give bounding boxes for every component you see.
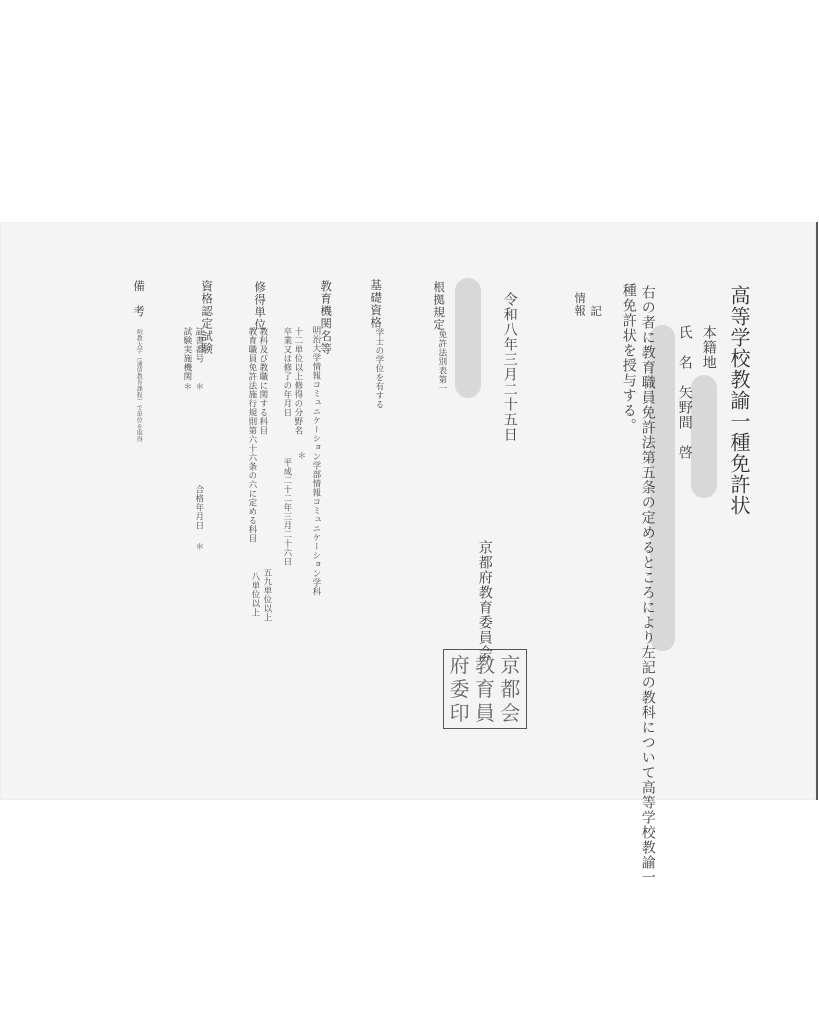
konkyo-value: 免許法別表第一: [437, 330, 446, 393]
biko-value: 明教大学（通信教育課程）で単位を取得: [135, 329, 141, 442]
shosho-label: 証書番号: [194, 327, 203, 363]
seal-char: 会: [498, 701, 523, 725]
kikan-label: 教育機関名等: [320, 280, 332, 355]
official-seal: 府 教 京 委 育 都 印 員 会: [443, 649, 527, 729]
konkyo-label: 根拠規定: [433, 281, 445, 331]
gokaku-label: 合格年月日: [194, 485, 203, 530]
body-line-1: 右の者に教育職員免許法第五条の定めるところにより左記の教科について高等学校教諭一: [640, 285, 655, 885]
name-value: 矢野間 啓: [677, 385, 692, 460]
certificate-title: 高等学校教諭一種免許状: [728, 285, 749, 516]
seal-char: 府: [447, 653, 472, 677]
grad-date: 平成二十二年三月二十六日: [282, 458, 291, 566]
shosho-value: ＊: [194, 382, 203, 391]
body-line-2: 種免許状を授与する。: [621, 283, 636, 433]
gokaku-value: ＊: [194, 542, 203, 551]
seal-char: 京: [498, 653, 523, 677]
kikan-value: 明治大学情報コミュニケーション学部情報コミュニケーション学科: [311, 326, 320, 596]
issuer-name: 京都府教育委員会: [477, 540, 492, 660]
honseki-label: 本籍地: [701, 325, 716, 370]
shutoku-value-1: 五九単位以上: [262, 568, 271, 622]
seal-char: 印: [447, 701, 472, 725]
kiso-value: 学士の学位を有する: [374, 328, 383, 409]
shutoku-value-2: 八単位以上: [250, 572, 259, 617]
seal-char: 委: [447, 677, 472, 701]
certificate-sheet: [0, 222, 818, 800]
seal-char: 都: [498, 677, 523, 701]
shutoku-label: 修得単位: [254, 281, 266, 331]
tani-note-1: 十二単位以上修得の分野名: [293, 327, 302, 435]
ki-label: 記: [590, 305, 602, 318]
seal-char: 教: [472, 653, 497, 677]
seal-char: 育: [472, 677, 497, 701]
kiso-label: 基礎資格: [370, 279, 382, 329]
shutoku-line-2: 教育職員免許法施行規則第六十六条の六に定める科目: [247, 327, 256, 543]
shutoku-line-1: 教科及び教職に関する科目: [258, 327, 267, 435]
issue-date: 令和八年三月二十五日: [502, 292, 517, 442]
redaction-konkyo: [455, 278, 481, 398]
subject-value: 情報: [574, 292, 586, 317]
name-label: 氏 名: [677, 325, 692, 370]
redaction-honseki: [691, 375, 717, 498]
seal-char: 員: [472, 701, 497, 725]
tani-note-2: 卒業又は修了の年月日: [282, 327, 291, 417]
jisshi-value: ＊: [182, 382, 191, 391]
tani-mark: ＊: [296, 451, 305, 460]
jisshi-label: 試験実施機関: [182, 327, 191, 381]
biko-label: 備 考: [133, 280, 145, 318]
